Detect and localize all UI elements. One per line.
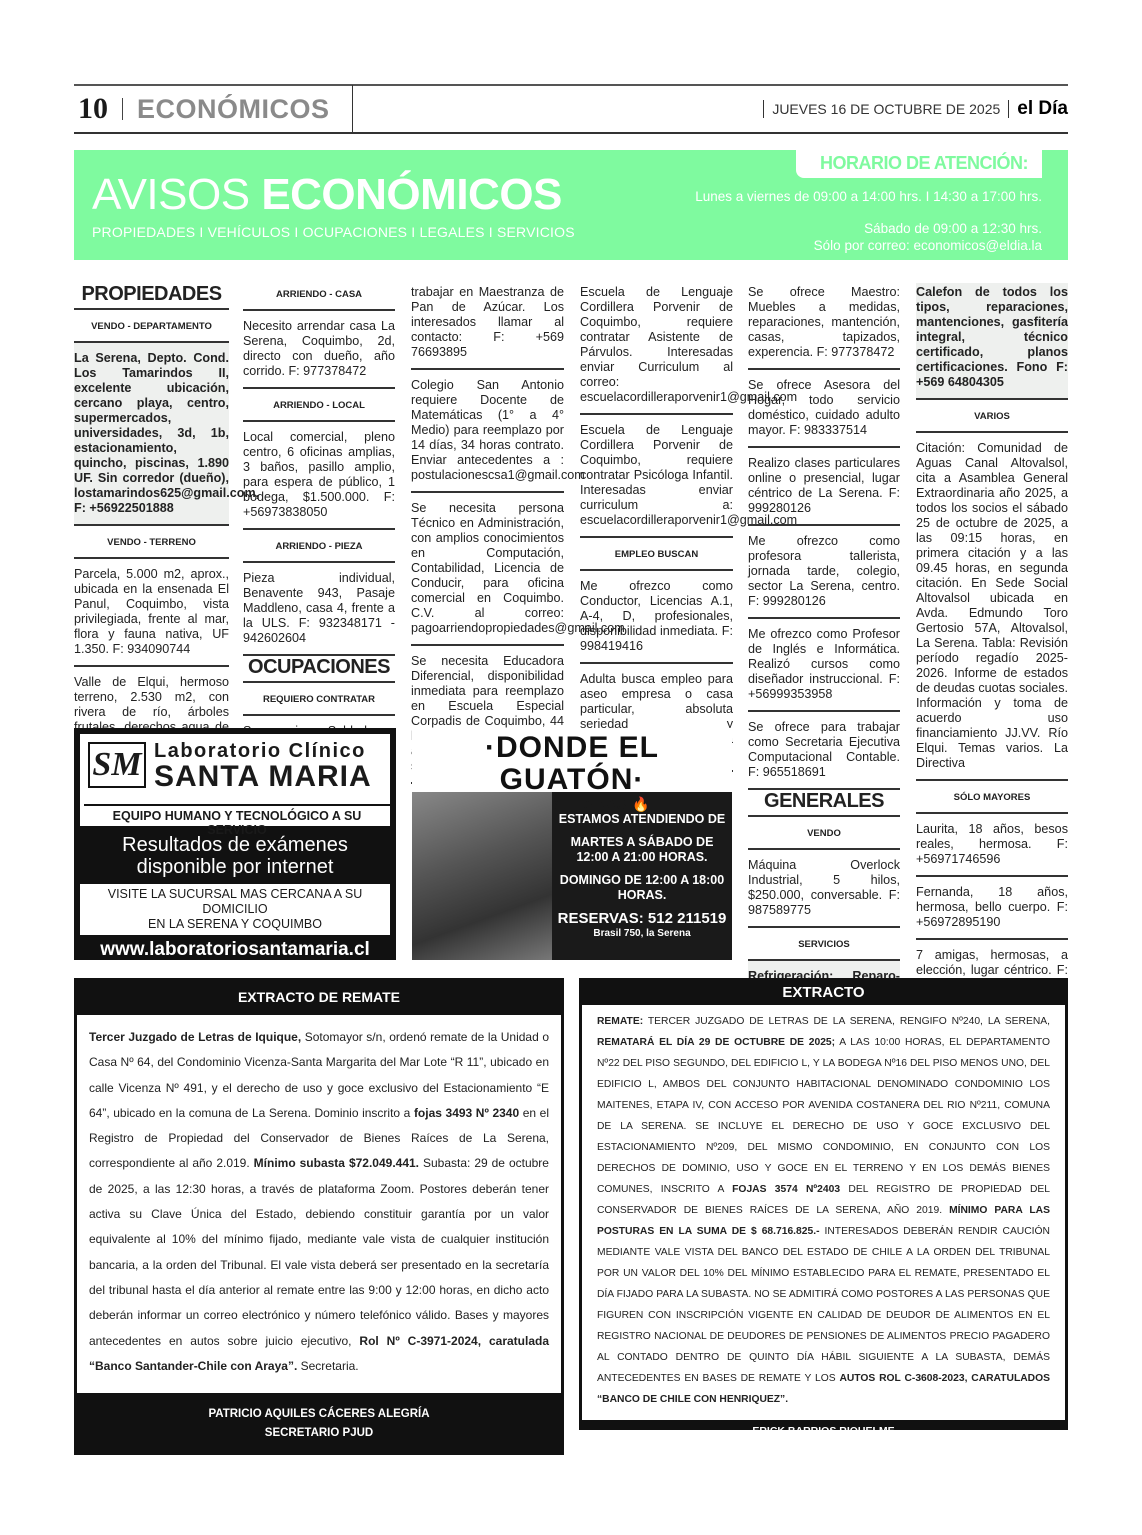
notice-text: A LAS 10:00 HORAS, EL DEPARTAMENTO Nº22 … xyxy=(597,1037,1050,1195)
subheading: VENDO xyxy=(748,817,900,850)
grilled-meat-photo xyxy=(412,792,552,960)
notice-title: EXTRACTO xyxy=(579,978,1068,1005)
masthead: 10 ECONÓMICOS JUEVES 16 DE OCTUBRE DE 20… xyxy=(74,86,1068,134)
minimum-bid: Mínimo subasta $72.049.441. xyxy=(254,1156,419,1170)
guaton-info2: MARTES A SÁBADO DE 12:00 A 21:00 HORAS. xyxy=(557,835,727,865)
masthead-right: JUEVES 16 DE OCTUBRE DE 2025 el Día xyxy=(755,98,1068,120)
column-varios: Calefon de todos los tipos, reparaciones… xyxy=(916,283,1068,1081)
signer-name: PATRICIO AQUILES CÁCERES ALEGRÍA xyxy=(74,1405,564,1424)
notice-body: REMATE: TERCER JUZGADO DE LETRAS DE LA S… xyxy=(582,1005,1065,1420)
subheading: EMPLEO BUSCAN xyxy=(580,538,733,571)
notice-text: Subasta: 29 de octubre de 2025, a las 12… xyxy=(89,1156,549,1347)
newspaper-logo: el Día xyxy=(1017,98,1068,120)
column-arriendo: ARRIENDO - CASA Necesito arrendar casa L… xyxy=(243,278,395,777)
subheading: ARRIENDO - CASA xyxy=(243,278,395,311)
section-heading-generales: GENERALES xyxy=(748,790,900,817)
column-generales: Se ofrece Maestro: Muebles a medidas, re… xyxy=(748,283,900,1084)
guaton-info1: ESTAMOS ATENDIENDO DE xyxy=(557,812,727,827)
guaton-reservas: RESERVAS: 512 211519 xyxy=(557,911,727,926)
subheading: VENDO - DEPARTAMENTO xyxy=(74,310,229,343)
guaton-header: ·DONDE EL GUATÓN· 🔥 PARRILLADAS 🔥 xyxy=(412,728,732,792)
guaton-info3: DOMINGO DE 12:00 A 18:00 HORAS. xyxy=(557,873,727,903)
classified-ad: Me ofrezco como Conductor, Licencias A.1… xyxy=(580,571,733,664)
fojas-ref: FOJAS 3574 Nº2403 xyxy=(732,1184,840,1195)
classified-ad: Me ofrezco como Profesor de Inglés e Inf… xyxy=(748,619,900,712)
notice-text: Secretaria. xyxy=(297,1359,358,1373)
lab-visit-text: VISITE LA SUCURSAL MAS CERCANA A SU DOMI… xyxy=(80,884,390,935)
subheading: ARRIENDO - LOCAL xyxy=(243,389,395,422)
extracto-notice: EXTRACTO REMATE: TERCER JUZGADO DE LETRA… xyxy=(579,978,1068,1430)
divider xyxy=(122,98,123,120)
signer-title: SECRETARIO PJUD xyxy=(74,1424,564,1443)
guaton-hours: ESTAMOS ATENDIENDO DE MARTES A SÁBADO DE… xyxy=(557,812,727,949)
classified-ad: Me ofrezco como profesora tallerista, jo… xyxy=(748,526,900,619)
classified-ad: trabajar en Maestranza de Pan de Azúcar.… xyxy=(411,283,564,370)
classified-ad: Citación: Comunidad de Aguas Canal Altov… xyxy=(916,433,1068,781)
classified-ad: Pieza individual, Benavente 943, Pasaje … xyxy=(243,563,395,656)
divider xyxy=(763,100,764,118)
classified-ad: Se ofrece Maestro: Muebles a medidas, re… xyxy=(748,283,900,370)
results-line2: disponible por internet xyxy=(80,856,390,878)
notice-signature: ERICK BARRIOS RIQUELME SECRETARIO SUBROG… xyxy=(579,1420,1068,1464)
column-empleo: Escuela de Lenguaje Cordillera Porvenir … xyxy=(580,283,733,772)
subheading: VENDO - TERRENO xyxy=(74,526,229,559)
place-date: LA SERENA OCHO DE OCTUBRE DE DOS MIL VEI… xyxy=(579,1451,1068,1464)
classified-ad: Máquina Overlock Industrial, 5 hilos, $2… xyxy=(748,850,900,928)
subheading: REQUIERO CONTRATAR xyxy=(243,683,395,716)
section-title: ECONÓMICOS xyxy=(137,94,352,125)
notice-lead: REMATE: xyxy=(597,1016,643,1027)
auction-date: REMATARÁ EL DÍA 29 DE OCTUBRE DE 2025; xyxy=(597,1037,835,1048)
classified-ad: La Serena, Depto. Cond. Los Tamarindos I… xyxy=(74,343,229,526)
banner-title-bold: ECONÓMICOS xyxy=(261,170,562,219)
page-number: 10 xyxy=(74,92,118,126)
subheading: ARRIENDO - PIEZA xyxy=(243,530,395,563)
divider xyxy=(1008,100,1009,118)
guaton-title: ·DONDE EL GUATÓN· xyxy=(412,732,732,796)
lab-name-line2: SANTA MARIA xyxy=(154,760,372,794)
visit-line2: EN LA SERENA Y COQUIMBO xyxy=(80,917,390,932)
divider xyxy=(352,85,353,133)
results-line1: Resultados de exámenes xyxy=(80,834,390,856)
classified-ad: Fernanda, 18 años, hermosa, bello cuerpo… xyxy=(916,877,1068,940)
classified-ad: Laurita, 18 años, besos reales, hermosa.… xyxy=(916,814,1068,877)
issue-date: JUEVES 16 DE OCTUBRE DE 2025 xyxy=(772,101,1000,117)
classified-ad: Parcela, 5.000 m2, aprox., ubicada en la… xyxy=(74,559,229,667)
classified-ad: Escuela de Lenguaje Cordillera Porvenir … xyxy=(580,283,733,415)
classified-ad: Se ofrece para trabajar como Secretaria … xyxy=(748,712,900,790)
lab-santa-maria-ad: SM Laboratorio Clínico SANTA MARIA EQUIP… xyxy=(74,728,396,960)
subheading: SERVICIOS xyxy=(748,928,900,961)
subheading: VARIOS xyxy=(916,400,1068,433)
notice-body: Tercer Juzgado de Letras de Iquique, Sot… xyxy=(77,1015,561,1393)
hours-tab: HORARIO DE ATENCIÓN: xyxy=(796,150,1042,178)
notice-text: INTERESADOS DEBERÁN RENDIR CAUCIÓN MEDIA… xyxy=(597,1226,1050,1384)
signer-title: SECRETARIO SUBROGANTE. xyxy=(579,1438,1068,1451)
weekday-hours: Lunes a viernes de 09:00 a 14:00 hrs. I … xyxy=(695,188,1042,205)
classified-ad: Local comercial, pleno centro, 6 oficina… xyxy=(243,422,395,530)
classified-ad: Colegio San Antonio requiere Docente de … xyxy=(411,370,564,493)
banner-title: AVISOS ECONÓMICOS xyxy=(92,170,562,220)
extracto-de-remate-notice: EXTRACTO DE REMATE Tercer Juzgado de Let… xyxy=(74,978,564,1455)
signer-name: ERICK BARRIOS RIQUELME xyxy=(579,1425,1068,1438)
sm-monogram-icon: SM xyxy=(88,742,146,788)
avisos-banner: AVISOS ECONÓMICOS PROPIEDADES I VEHÍCULO… xyxy=(74,150,1068,260)
column-ocupaciones-cont: trabajar en Maestranza de Pan de Azúcar.… xyxy=(411,283,564,784)
flame-icon: 🔥 xyxy=(632,796,650,812)
subheading: SÓLO MAYORES xyxy=(916,781,1068,814)
classified-ad: Realizo clases particulares online o pre… xyxy=(748,448,900,526)
visit-line1: VISITE LA SUCURSAL MAS CERCANA A SU DOMI… xyxy=(80,887,390,917)
classified-ad: Se ofrece Asesora del Hogar, todo servic… xyxy=(748,370,900,448)
lab-ad-header: SM Laboratorio Clínico SANTA MARIA EQUIP… xyxy=(80,734,390,826)
classified-ad: Necesito arrendar casa La Serena, Coquim… xyxy=(243,311,395,389)
email-contact: Sólo por correo: economicos@eldia.la xyxy=(814,237,1042,254)
classified-ad: Escuela de Lenguaje Cordillera Porvenir … xyxy=(580,415,733,538)
saturday-hours: Sábado de 09:00 a 12:30 hrs. xyxy=(864,220,1042,237)
guaton-address: Brasil 750, la Serena xyxy=(557,926,727,941)
donde-el-guaton-ad: ·DONDE EL GUATÓN· 🔥 PARRILLADAS 🔥 ESTAMO… xyxy=(412,728,732,960)
section-heading-ocupaciones: OCUPACIONES xyxy=(243,656,395,683)
column-propiedades: PROPIEDADES VENDO - DEPARTAMENTO La Sere… xyxy=(74,283,229,790)
banner-categories: PROPIEDADES I VEHÍCULOS I OCUPACIONES I … xyxy=(92,224,575,240)
classified-ad: Calefon de todos los tipos, reparaciones… xyxy=(916,283,1068,400)
section-heading-propiedades: PROPIEDADES xyxy=(74,283,229,310)
notice-signature: PATRICIO AQUILES CÁCERES ALEGRÍA SECRETA… xyxy=(74,1393,564,1443)
lab-tagline: EQUIPO HUMANO Y TECNOLÓGICO A SU SERVICI… xyxy=(84,804,390,837)
court-name: Tercer Juzgado de Letras de Iquique, xyxy=(89,1030,301,1044)
notice-title: EXTRACTO DE REMATE xyxy=(74,978,564,1015)
notice-text: TERCER JUZGADO DE LETRAS DE LA SERENA, R… xyxy=(643,1016,1050,1027)
classified-ad: Se necesita persona Técnico en Administr… xyxy=(411,493,564,646)
fojas-ref: fojas 3493 Nº 2340 xyxy=(414,1106,519,1120)
lab-website: www.laboratoriosantamaria.cl xyxy=(80,935,390,961)
banner-title-light: AVISOS xyxy=(92,170,250,219)
